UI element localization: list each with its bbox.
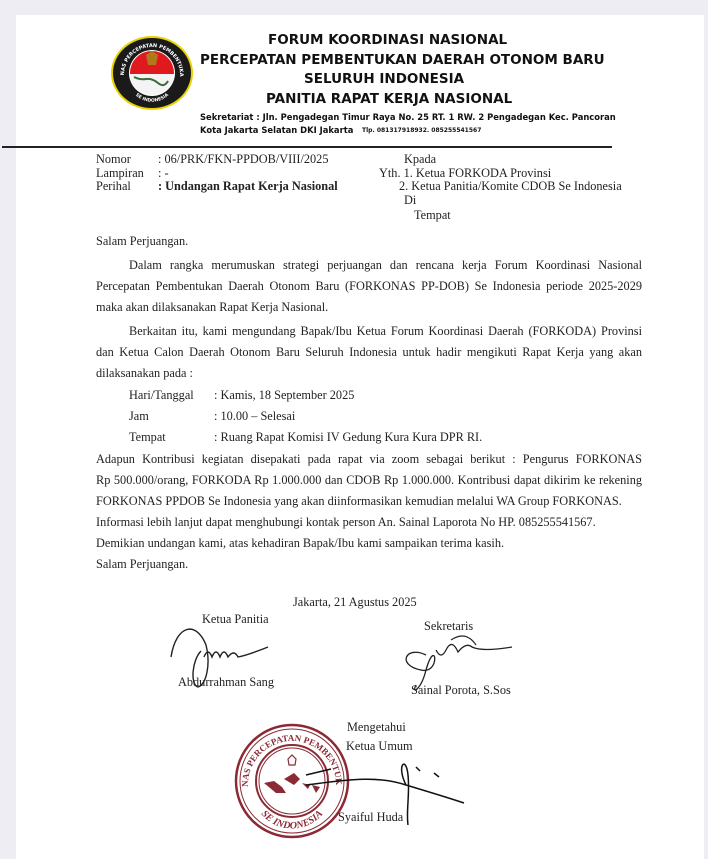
schedule-date-label: Hari/Tanggal (129, 388, 194, 403)
letterhead-line-2: PERCEPATAN PEMBENTUKAN DAERAH OTONOM BAR… (200, 52, 605, 68)
recipient-tempat: Tempat (414, 208, 451, 223)
paragraph-2-line-2: dan Ketua Calon Daerah Otonom Baru Selur… (96, 345, 642, 360)
letterhead-address-2: Kota Jakarta Selatan DKI Jakarta (200, 125, 353, 135)
schedule-place-value: : Ruang Rapat Komisi IV Gedung Kura Kura… (214, 430, 482, 445)
paragraph-3-line-5: Demikian undangan kami, atas kehadiran B… (96, 536, 504, 551)
left-signer-name: Abdurrahman Sang (178, 675, 274, 690)
perihal-value: : Undangan Rapat Kerja Nasional (158, 179, 338, 194)
letterhead-line-3: SELURUH INDONESIA (304, 71, 464, 87)
paragraph-1-line-1: Dalam rangka merumuskan strategi perjuan… (129, 258, 642, 273)
schedule-date-value: : Kamis, 18 September 2025 (214, 388, 354, 403)
paragraph-3-line-1: Adapun Kontribusi kegiatan disepakati pa… (96, 452, 642, 467)
paragraph-2-line-1: Berkaitan itu, kami mengundang Bapak/Ibu… (129, 324, 642, 339)
letterhead-address-1: Sekretariat : Jln. Pengadegan Timur Raya… (200, 112, 616, 122)
letterhead-divider (2, 146, 612, 148)
paragraph-2-line-3: dilaksanakan pada : (96, 366, 193, 381)
place-date: Jakarta, 21 Agustus 2025 (293, 595, 417, 610)
schedule-time-label: Jam (129, 409, 149, 424)
nomor-label: Nomor (96, 152, 131, 167)
nomor-value: : 06/PRK/FKN-PPDOB/VIII/2025 (158, 152, 328, 167)
schedule-place-label: Tempat (129, 430, 166, 445)
schedule-time-value: : 10.00 – Selesai (214, 409, 295, 424)
letterhead-phone: Tlp. 081317918932. 085255541567 (362, 127, 481, 134)
recipient-di: Di (404, 193, 416, 208)
right-signer-name: Sainal Porota, S.Sos (411, 683, 511, 698)
paragraph-3-line-3: FORKONAS PPDOB Se Indonesia yang akan di… (96, 494, 622, 509)
letterhead-line-4: PANITIA RAPAT KERJA NASIONAL (266, 91, 512, 107)
center-signer-title-1: Mengetahui (347, 720, 406, 735)
closing-greeting: Salam Perjuangan. (96, 557, 188, 572)
paragraph-1-line-3: maka akan dilaksanakan Rapat Kerja Nasio… (96, 300, 328, 315)
perihal-label: Perihal (96, 179, 131, 194)
center-signer-title-2: Ketua Umum (346, 739, 413, 754)
greeting: Salam Perjuangan. (96, 234, 188, 249)
recipient-item-2: 2. Ketua Panitia/Komite CDOB Se Indonesi… (399, 179, 622, 194)
center-signer-name: Syaiful Huda (338, 810, 403, 825)
letter-page: FORKONAS PERCEPATAN PEMBENTUKAN DOB SE I… (16, 15, 704, 859)
paragraph-3-line-2: Rp 500.000/orang, FORKODA Rp 1.000.000 d… (96, 473, 642, 488)
organization-logo: FORKONAS PERCEPATAN PEMBENTUKAN DOB SE I… (110, 35, 194, 111)
paragraph-3-line-4: Informasi lebih lanjut dapat menghubungi… (96, 515, 596, 530)
recipient-kpada: Kpada (404, 152, 436, 167)
letterhead-line-1: FORUM KOORDINASI NASIONAL (268, 32, 507, 48)
paragraph-1-line-2: Percepatan Pembentukan Daerah Otonom Bar… (96, 279, 642, 294)
